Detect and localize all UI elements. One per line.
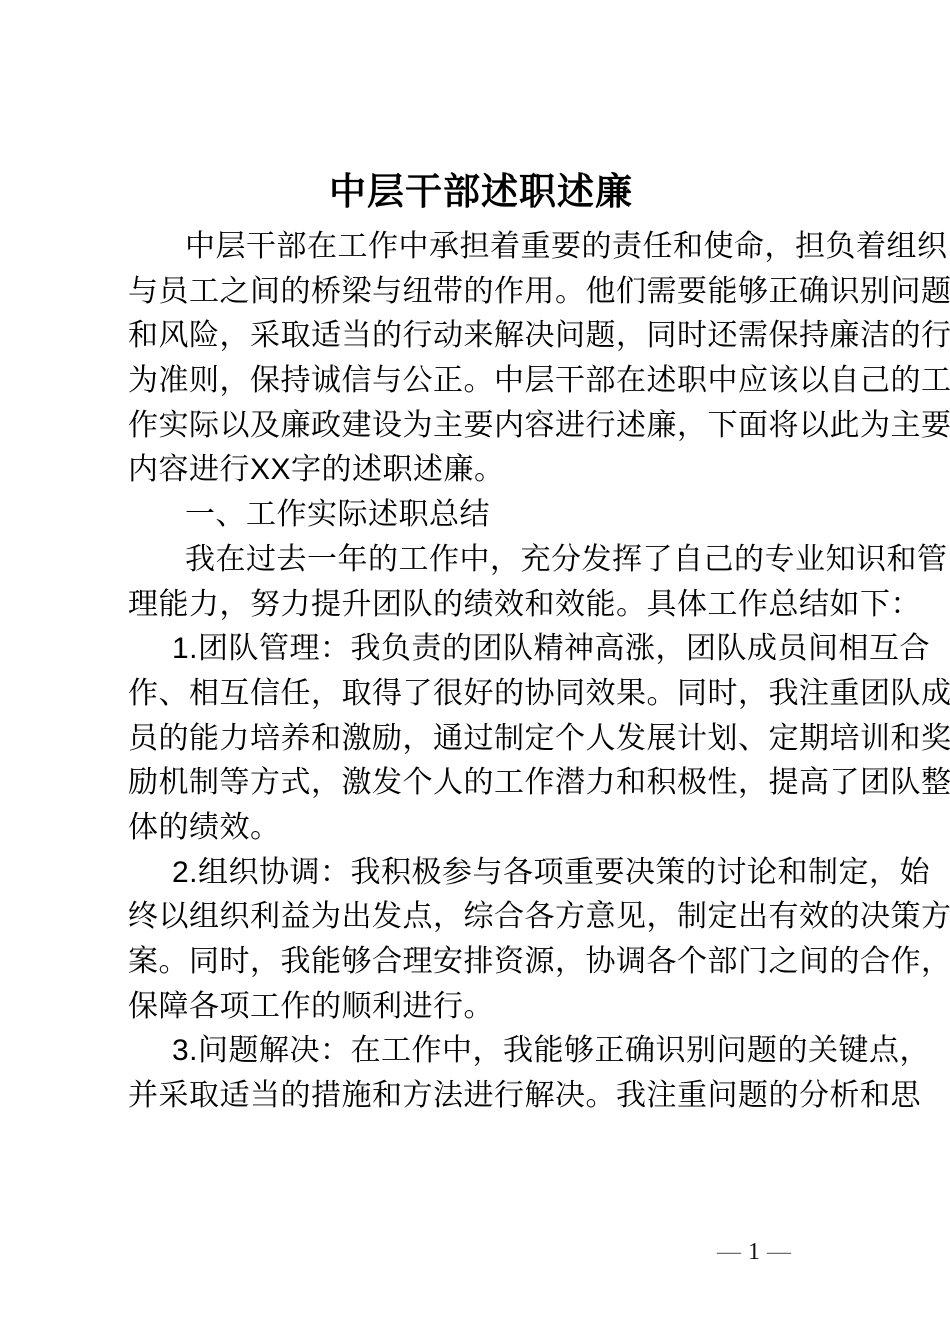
page-number: 1: [748, 1239, 760, 1265]
text-line: 作、相互信任，取得了很好的协同效果。同时，我注重团队成: [128, 672, 834, 717]
text-line: 为准则，保持诚信与公正。中层干部在述职中应该以自己的工: [128, 359, 834, 404]
text-line: 案。同时，我能够合理安排资源，协调各个部门之间的合作，: [128, 940, 834, 985]
text-line: 和风险，采取适当的行动来解决问题，同时还需保持廉洁的行: [128, 314, 834, 359]
text-line: 与员工之间的桥梁与纽带的作用。他们需要能够正确识别问题: [128, 270, 834, 315]
page-footer: —1—: [710, 1238, 798, 1266]
text-line: 并采取适当的措施和方法进行解决。我注重问题的分析和思: [128, 1074, 834, 1119]
text-line: 3.问题解决：在工作中，我能够正确识别问题的关键点，: [128, 1029, 834, 1074]
text-line: 我在过去一年的工作中，充分发挥了自己的专业知识和管: [128, 538, 834, 583]
text-line: 2.组织协调：我积极参与各项重要决策的讨论和制定，始: [128, 851, 834, 896]
text-line: 员的能力培养和激励，通过制定个人发展计划、定期培训和奖: [128, 717, 834, 762]
text-line: 理能力，努力提升团队的绩效和效能。具体工作总结如下：: [128, 583, 834, 628]
text-line: 终以组织利益为出发点，综合各方意见，制定出有效的决策方: [128, 895, 834, 940]
text-line: 体的绩效。: [128, 806, 834, 851]
text-line: 中层干部在工作中承担着重要的责任和使命，担负着组织: [128, 225, 834, 270]
text-line: 励机制等方式，激发个人的工作潜力和积极性，提高了团队整: [128, 761, 834, 806]
text-line: 内容进行XX字的述职述廉。: [128, 448, 834, 493]
text-line: 作实际以及廉政建设为主要内容进行述廉，下面将以此为主要: [128, 404, 834, 449]
document-page: 中层干部述职述廉 中层干部在工作中承担着重要的责任和使命，担负着组织与员工之间的…: [0, 0, 950, 1344]
document-body: 中层干部在工作中承担着重要的责任和使命，担负着组织与员工之间的桥梁与纽带的作用。…: [128, 225, 834, 1119]
text-line: 保障各项工作的顺利进行。: [128, 985, 834, 1030]
section-heading-line: 一、工作实际述职总结: [128, 493, 834, 538]
document-title: 中层干部述职述廉: [128, 168, 834, 216]
text-line: 1.团队管理：我负责的团队精神高涨，团队成员间相互合: [128, 627, 834, 672]
footer-dash-right: —: [760, 1239, 798, 1265]
footer-dash-left: —: [710, 1239, 748, 1265]
